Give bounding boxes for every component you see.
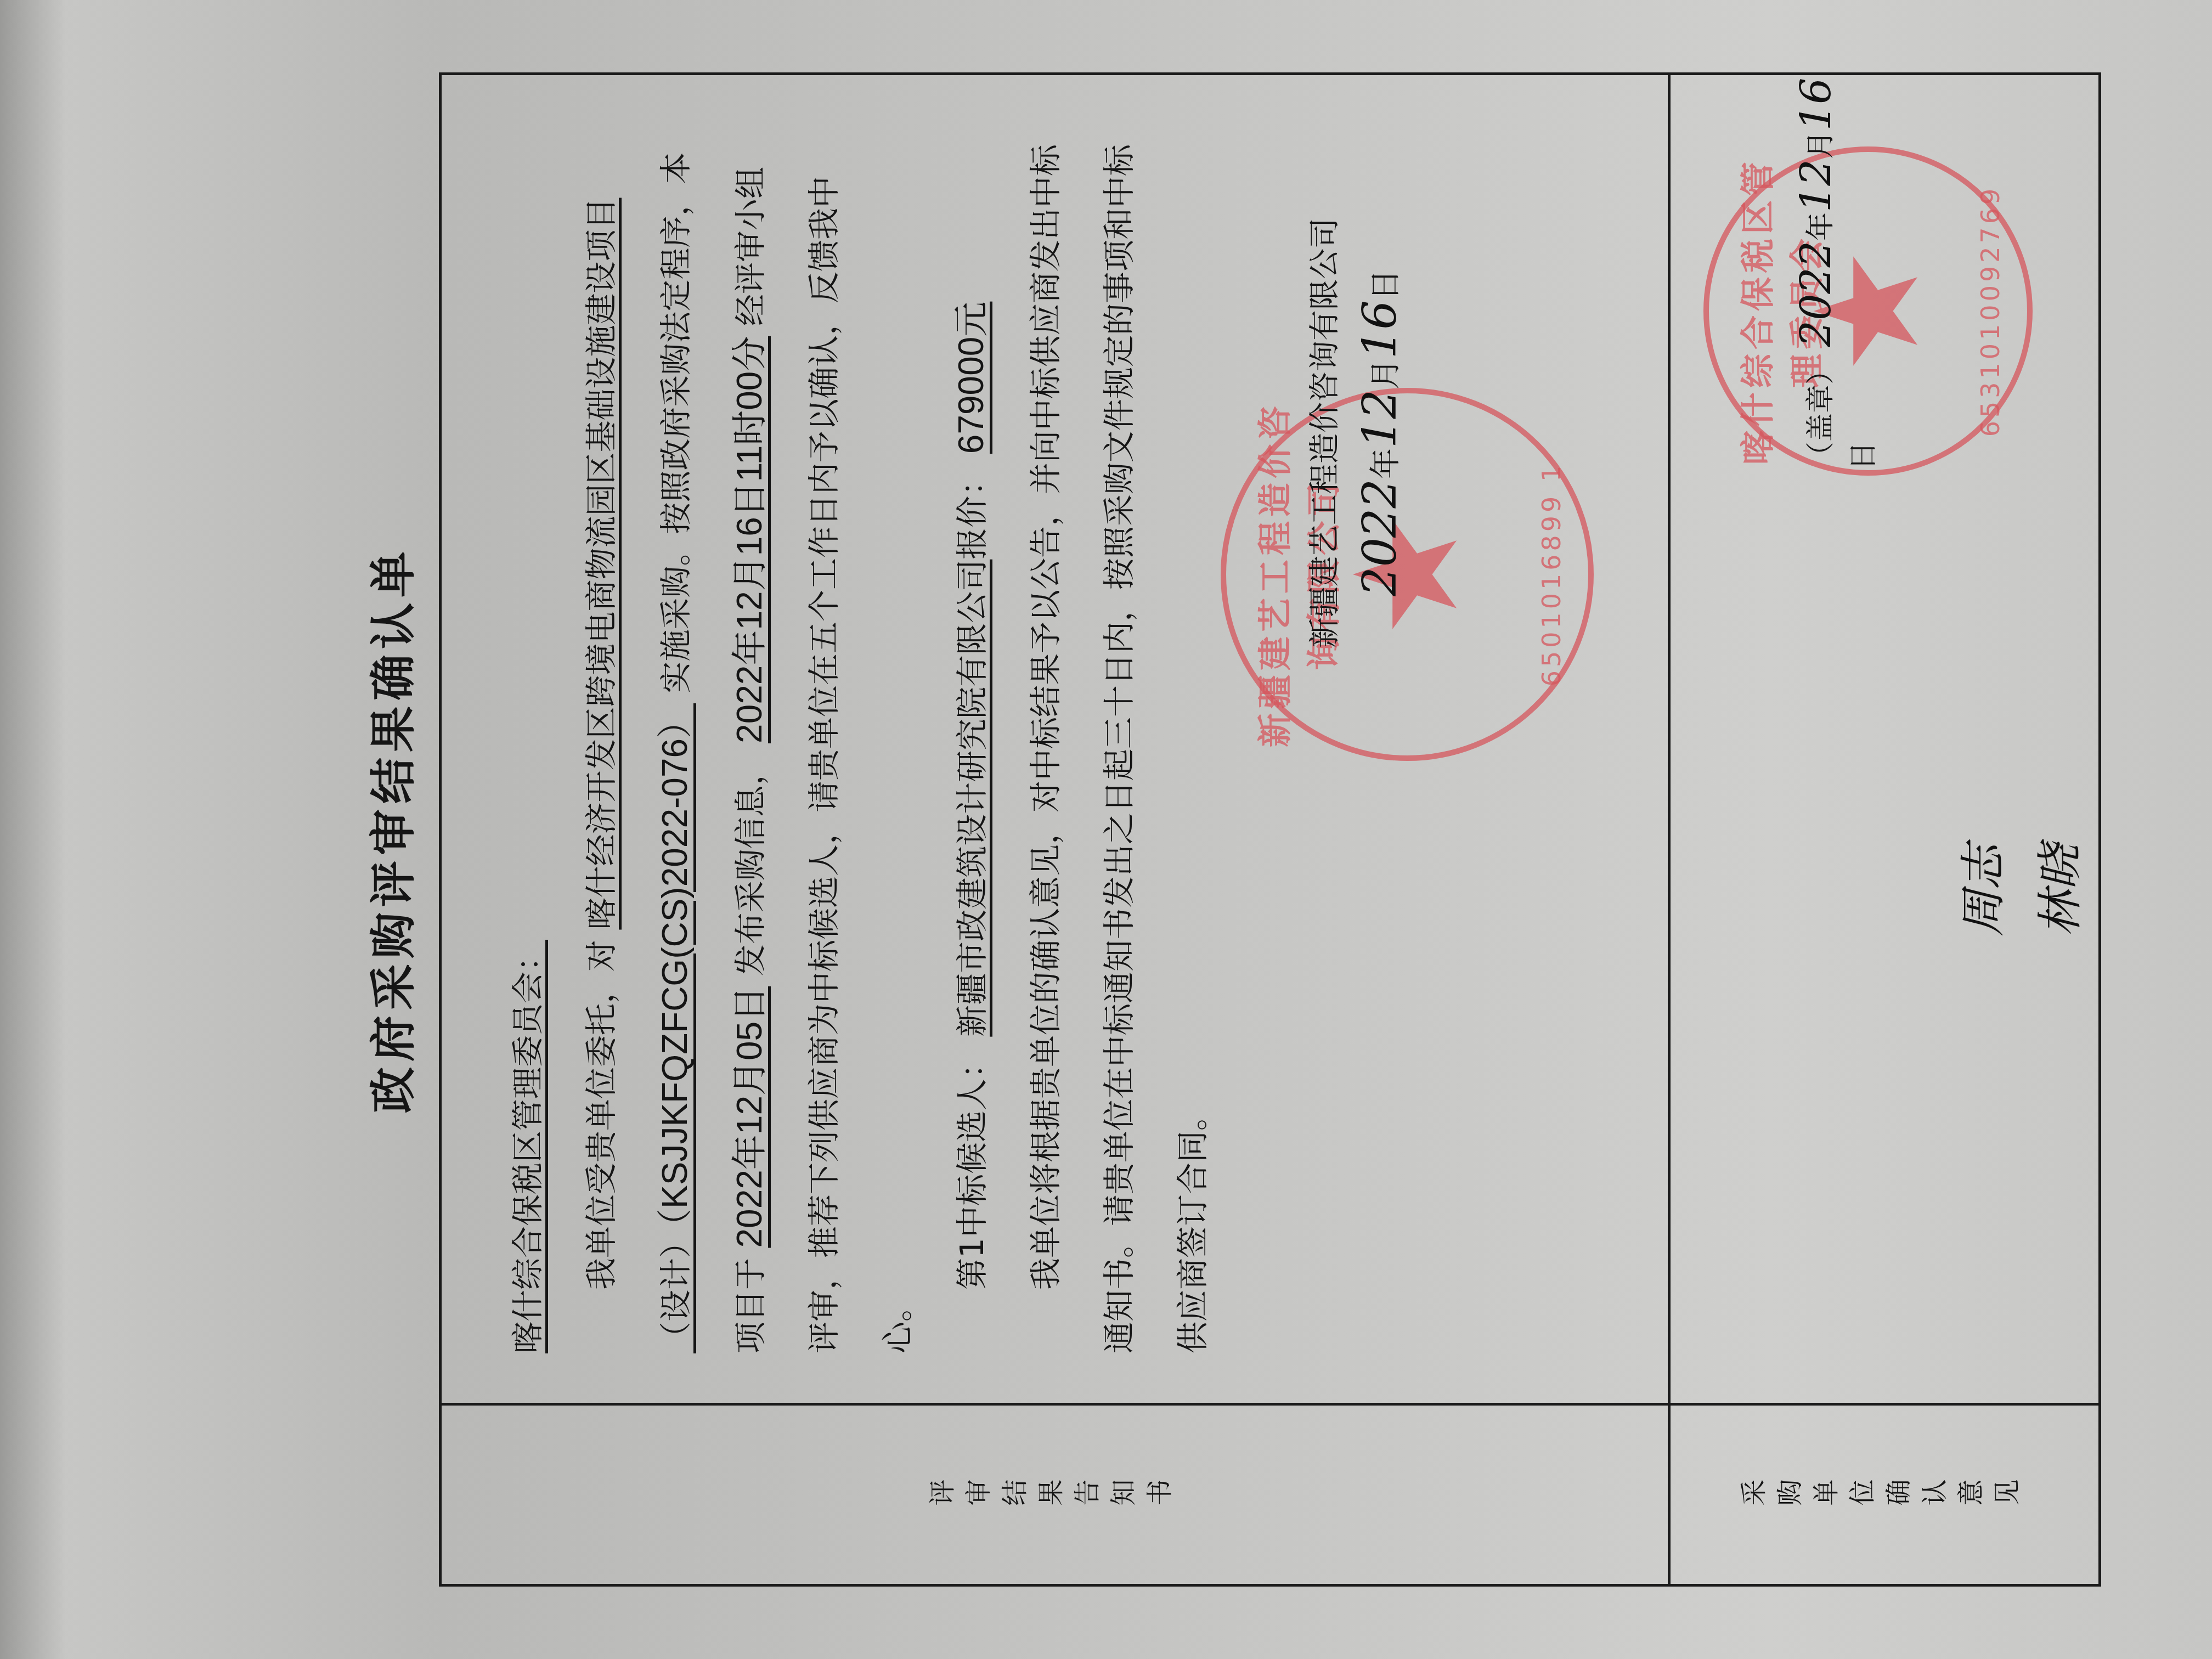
agency-name: 新疆建艺工程造价咨询有限公司: [1297, 218, 1352, 648]
signature-2: 林晓: [2022, 844, 2098, 936]
handwritten-signatures: 周志 林晓: [1945, 844, 2098, 936]
notice-paragraph: 我单位受贵单位委托，对 喀什经济开发区跨境电商物流园区基础设施建设项目（设计）（…: [565, 136, 934, 1353]
photo-shadow: [0, 0, 66, 1659]
agency-signature-block: 新疆建艺工程造价咨询有限公司 2022年12月16日: [1297, 218, 1413, 648]
confirmation-table: 评审结果告知书 喀什综合保税区管理委员会： 我单位受贵单位委托，对 喀什经济开发…: [439, 72, 2101, 1587]
signature-1: 周志: [1945, 844, 2022, 936]
purchaser-confirmation-section: 采购单位确认意见 周志 林晓 喀什综合保税区管理委员会 ★ 6531010092…: [1671, 75, 2098, 1584]
instruction-paragraph: 我单位将根据贵单位的确认意见，对中标结果予以公告，并向中标供应商发出中标通知书。…: [1009, 136, 1229, 1353]
addressee: 喀什综合保税区管理委员会：: [491, 136, 565, 1353]
purchaser-date: （盖章） 2022年12月16日: [1791, 75, 1881, 470]
document-title: 政府采购评审结果确认单: [357, 72, 423, 1587]
procurement-confirmation-document: 政府采购评审结果确认单 评审结果告知书 喀什综合保税区管理委员会： 我单位受贵单…: [230, 72, 2162, 1587]
publish-date: 2022年12月05日: [730, 986, 769, 1248]
agency-date: 2022年12月16日: [1352, 218, 1413, 648]
candidate-line: 第1中标候选人： 新疆市政建筑设计研究院有限公司报价： 679000元: [934, 136, 1009, 1353]
project-code: （KSJJKFQZFCG(CS)2022-076）: [655, 703, 695, 1226]
review-datetime: 2022年12月16日11时00分: [730, 336, 769, 743]
review-result-section: 评审结果告知书 喀什综合保税区管理委员会： 我单位受贵单位委托，对 喀什经济开发…: [442, 75, 1671, 1584]
section-label-review-result: 评审结果告知书: [928, 1476, 1182, 1514]
section-label-purchaser-confirmation: 采购单位确认意见: [1740, 1476, 2029, 1514]
candidate-name: 新疆市政建筑设计研究院有限公司: [953, 560, 991, 1037]
candidate-price: 679000元: [951, 302, 991, 454]
